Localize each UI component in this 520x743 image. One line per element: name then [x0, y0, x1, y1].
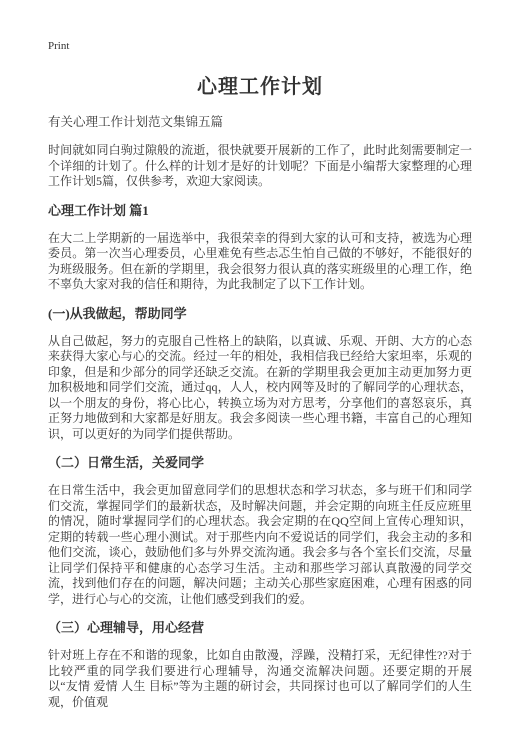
section-heading-2: （二）日常生活，关爱同学 — [48, 455, 472, 471]
section-heading-part1: 心理工作计划 篇1 — [48, 203, 472, 219]
document-page: Print 心理工作计划 有关心理工作计划范文集锦五篇 时间就如同白驹过隙般的流… — [0, 0, 520, 743]
intro-paragraph: 时间就如同白驹过隙般的流逝，很快就要开展新的工作了，此时此刻需要制定一个详细的计… — [48, 143, 472, 190]
section-heading-3: （三）心理辅导，用心经营 — [48, 620, 472, 636]
paragraph-section-1: 从自己做起，努力的克服自己性格上的缺陷，以真诚、乐观、开朗、大方的心态来获得大家… — [48, 334, 472, 443]
print-link[interactable]: Print — [48, 40, 69, 52]
paragraph-section-2: 在日常生活中，我会更加留意同学们的思想状态和学习状态，多与班干们和同学们交流，掌… — [48, 483, 472, 607]
section-heading-1: (一)从我做起，帮助同学 — [48, 306, 472, 322]
document-subtitle: 有关心理工作计划范文集锦五篇 — [48, 112, 472, 130]
paragraph-section-3: 针对班上存在不和谐的现象，比如自由散漫，浮躁，没精打采，无纪律性??对于比较严重… — [48, 648, 472, 710]
page-title: 心理工作计划 — [48, 70, 472, 99]
paragraph-part1-intro: 在大二上学期新的一届选举中，我很荣幸的得到大家的认可和支持，被选为心理委员。第一… — [48, 231, 472, 293]
